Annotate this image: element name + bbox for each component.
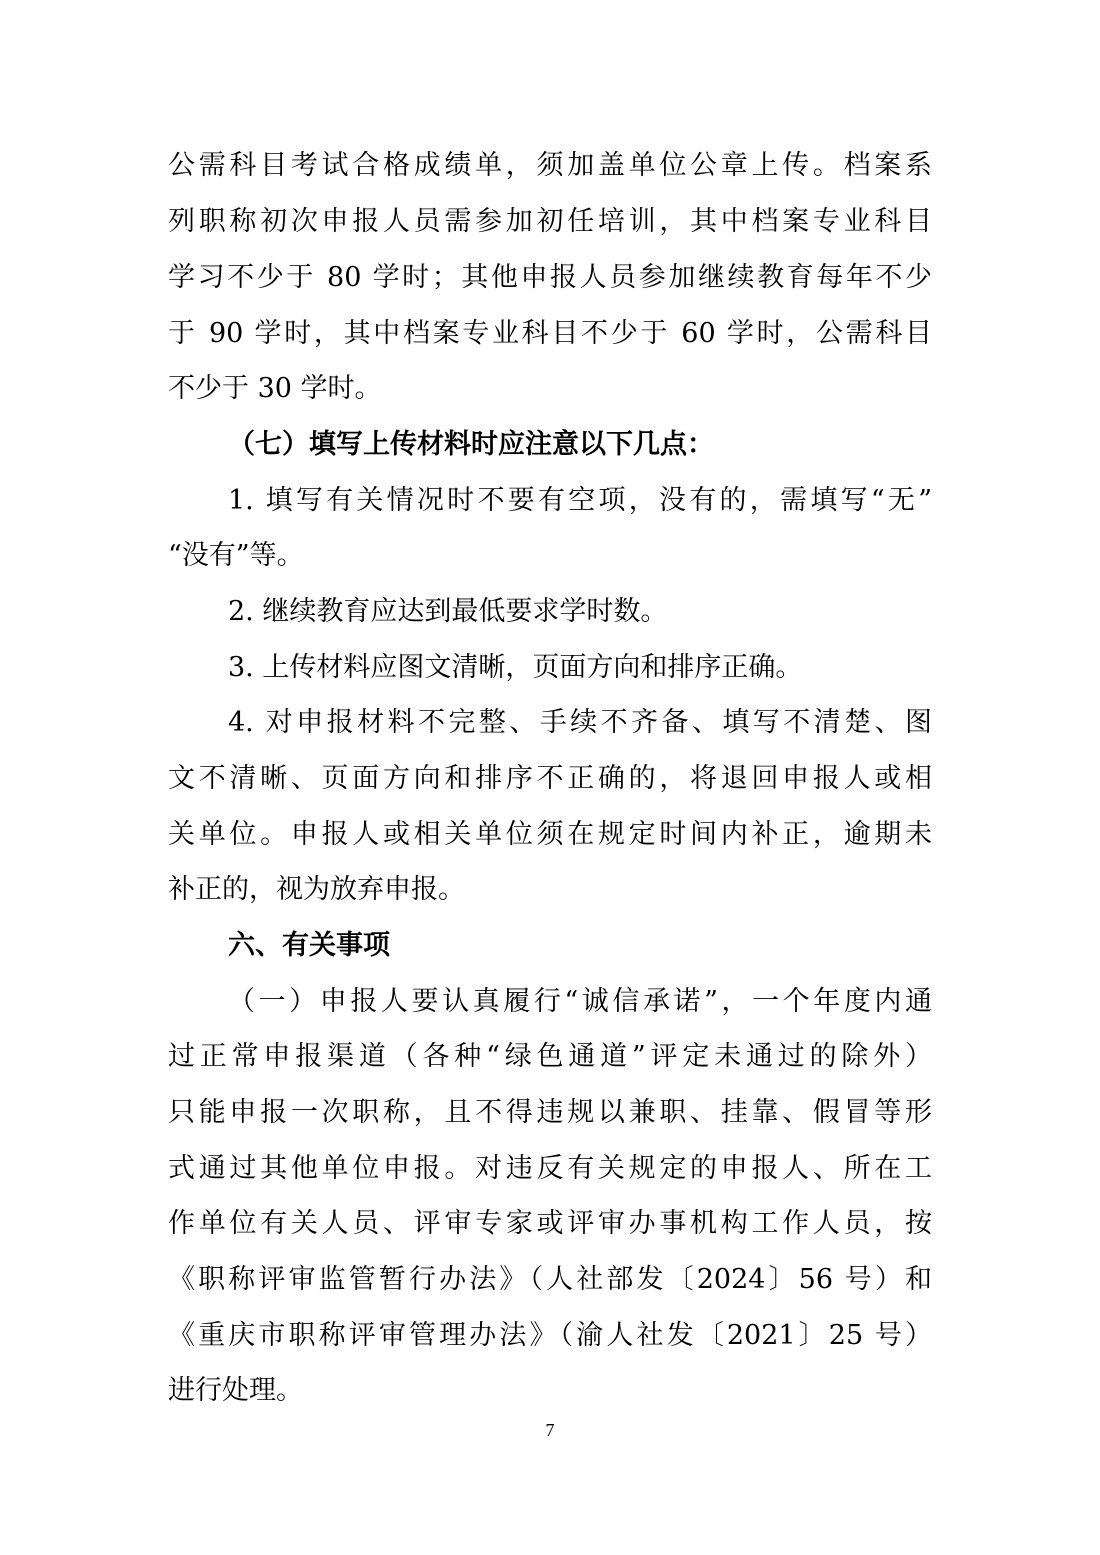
paragraph-line: 式通过其他单位申报。对违反有关规定的申报人、所在工 [168, 1149, 932, 1189]
document-page: 公需科目考试合格成绩单，须加盖单位公章上传。档案系 列职称初次申报人员需参加初任… [0, 0, 1100, 1555]
paragraph-line: 不少于 30 学时。 [168, 369, 932, 409]
list-item-2: 2. 继续教育应达到最低要求学时数。 [228, 592, 932, 632]
list-item-1-continued: “没有”等。 [168, 536, 932, 576]
paragraph-line: 只能申报一次职称，且不得违规以兼职、挂靠、假冒等形 [168, 1093, 932, 1133]
list-item-1: 1. 填写有关情况时不要有空项，没有的，需填写“无” [228, 481, 932, 521]
list-item-4-continued: 关单位。申报人或相关单位须在规定时间内补正，逾期未 [168, 815, 932, 855]
paragraph-line: 于 90 学时，其中档案专业科目不少于 60 学时，公需科目 [168, 314, 932, 354]
list-item-4: 4. 对申报材料不完整、手续不齐备、填写不清楚、图 [228, 703, 932, 743]
list-item-4-continued: 文不清晰、页面方向和排序不正确的，将退回申报人或相 [168, 759, 932, 799]
list-item-3: 3. 上传材料应图文清晰，页面方向和排序正确。 [228, 648, 932, 688]
paragraph-line: 进行处理。 [168, 1371, 932, 1411]
page-number: 7 [530, 1418, 570, 1442]
paragraph-line: 学习不少于 80 学时；其他申报人员参加继续教育每年不少 [168, 258, 932, 298]
paragraph-line: （一）申报人要认真履行“诚信承诺”，一个年度内通 [228, 982, 932, 1022]
section-heading-7: （七）填写上传材料时应注意以下几点： [228, 425, 932, 465]
list-item-4-continued: 补正的，视为放弃申报。 [168, 870, 932, 910]
section-heading-6: 六、有关事项 [228, 926, 932, 966]
paragraph-line: 过正常申报渠道（各种“绿色通道”评定未通过的除外） [168, 1037, 932, 1077]
paragraph-line: 作单位有关人员、评审专家或评审办事机构工作人员，按 [168, 1204, 932, 1244]
paragraph-line: 《职称评审监管暂行办法》（人社部发〔2024〕56 号）和 [168, 1260, 932, 1300]
paragraph-line: 列职称初次申报人员需参加初任培训，其中档案专业科目 [168, 202, 932, 242]
paragraph-line: 公需科目考试合格成绩单，须加盖单位公章上传。档案系 [168, 146, 932, 186]
paragraph-line: 《重庆市职称评审管理办法》（渝人社发〔2021〕25 号） [168, 1316, 932, 1356]
